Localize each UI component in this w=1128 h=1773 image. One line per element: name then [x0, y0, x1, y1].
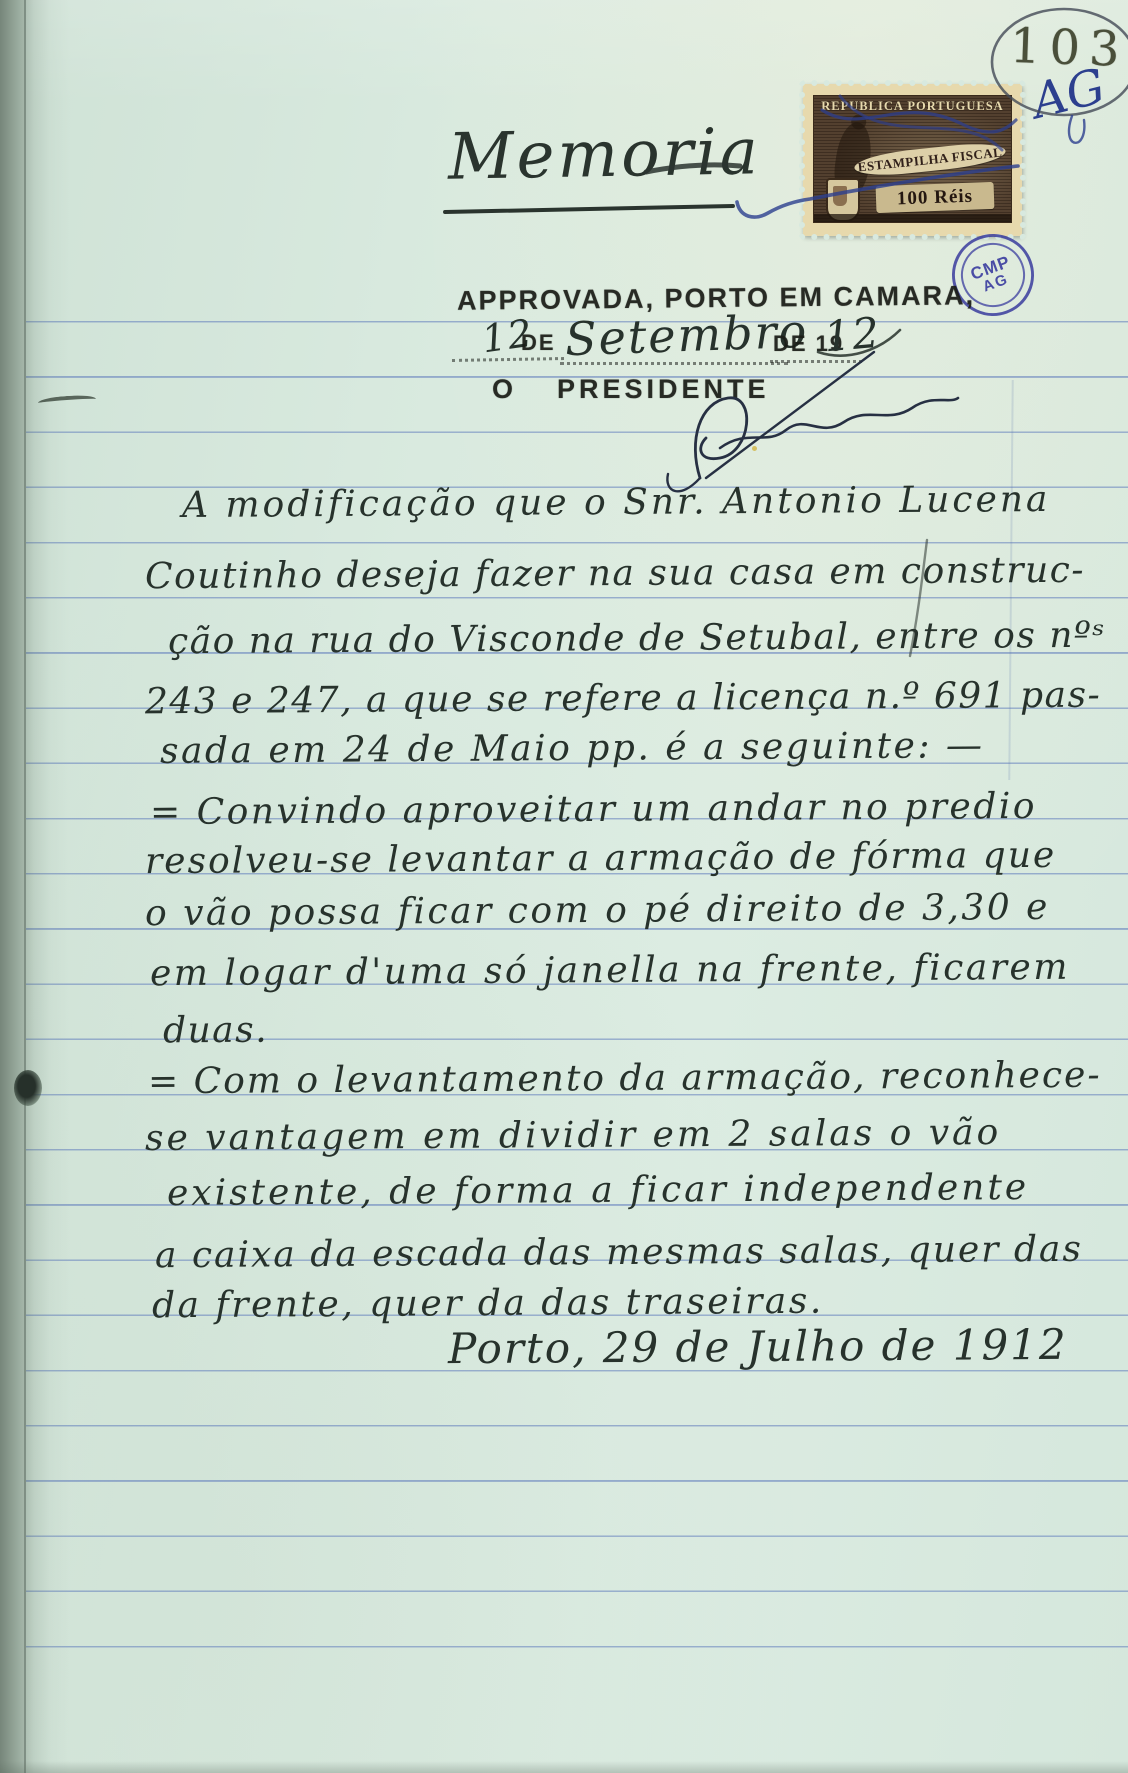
- approval-date-year: 12: [822, 308, 883, 362]
- body-line: Coutinho deseja fazer na sua casa em con…: [145, 550, 1085, 598]
- date-dotted-rule: [452, 355, 564, 362]
- document-page: 103 AG REPUBLICA PORTUGUESA ESTAMPILHA F…: [0, 0, 1128, 1773]
- president-label: PRESIDENTE: [557, 374, 770, 405]
- president-label-article: O: [492, 374, 513, 405]
- date-dotted-rule: [770, 358, 862, 363]
- body-line: existente, de forma a ficar independente: [167, 1167, 1029, 1214]
- fiscal-stamp: REPUBLICA PORTUGUESA ESTAMPILHA FISCAL 1…: [803, 84, 1022, 236]
- body-line: = Convindo aproveitar um andar no predio: [150, 786, 1037, 833]
- ink-speck: [752, 446, 757, 451]
- president-signature: [695, 398, 746, 478]
- body-line: em logar d'uma só janella na frente, fic…: [150, 947, 1070, 994]
- body-line: = Com o levantamento da armação, reconhe…: [148, 1055, 1102, 1103]
- body-line: resolveu-se levantar a armação de fórma …: [145, 835, 1057, 882]
- fiscal-stamp-value: 100 Réis: [876, 182, 995, 213]
- fiscal-stamp-country: REPUBLICA PORTUGUESA: [814, 99, 1011, 114]
- body-line: A modificação que o Snr. Antonio Lucena: [182, 479, 1051, 526]
- date-dotted-rule: [560, 360, 788, 365]
- president-signature: [720, 398, 958, 448]
- fiscal-stamp-art: REPUBLICA PORTUGUESA ESTAMPILHA FISCAL 1…: [813, 95, 1012, 223]
- body-dateline: Porto, 29 de Julho de 1912: [448, 1320, 1068, 1373]
- paper-hole: [14, 1070, 42, 1106]
- page-bottom-edge: [0, 1761, 1128, 1773]
- fiscal-stamp-footer-band: [814, 214, 1011, 222]
- body-line: se vantagem em dividir em 2 salas o vão: [145, 1112, 1001, 1159]
- round-stamp-cmp: CMP AG: [940, 222, 1045, 327]
- body-line: ção na rua do Visconde de Setubal, entre…: [168, 615, 1106, 663]
- fiscal-stamp-banner: ESTAMPILHA FISCAL: [853, 140, 1007, 179]
- president-signature: [706, 352, 874, 478]
- document-title: Memoria: [447, 115, 761, 194]
- body-line: da frente, quer da das traseiras.: [152, 1281, 824, 1327]
- binding-shadow: [0, 0, 70, 1773]
- body-line: sada em 24 de Maio pp. é a seguinte: —: [160, 725, 985, 772]
- body-line: duas.: [163, 1010, 268, 1052]
- body-line: a caixa da escada das mesmas salas, quer…: [155, 1229, 1083, 1276]
- approval-date-de1: DE: [521, 330, 556, 356]
- title-underline: [443, 204, 735, 214]
- body-line: o vão possa ficar com o pé direito de 3,…: [145, 887, 1050, 934]
- body-line: 243 e 247, a que se refere a licença n.º…: [145, 675, 1101, 723]
